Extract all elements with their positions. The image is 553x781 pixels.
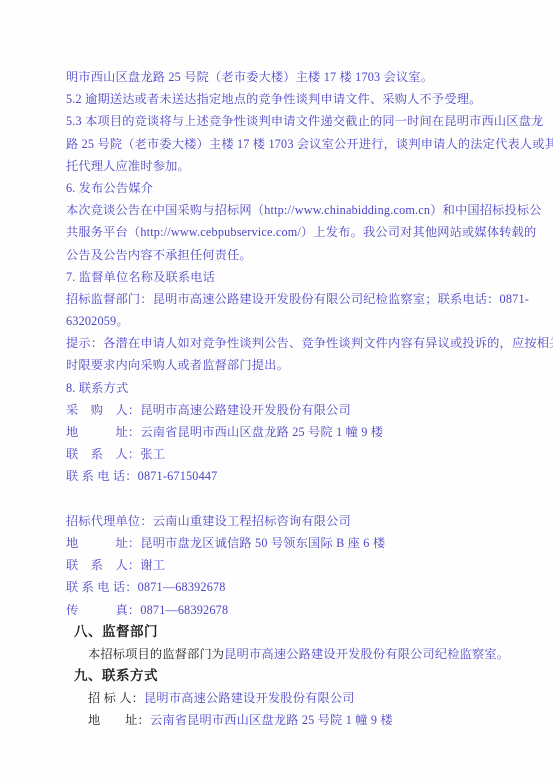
- text-run: 地 址：云南省昆明市西山区盘龙路 25 号院 1 幢 9 楼: [66, 425, 383, 439]
- text-line: 本招标项目的监督部门为昆明市高速公路建设开发股份有限公司纪检监察室。: [88, 643, 513, 665]
- text-line: 联 系 人：张工: [66, 443, 513, 465]
- text-run: 5.2 逾期送达或者未送达指定地点的竞争性谈判申请文件、采购人不予受理。: [66, 92, 481, 106]
- section-heading: 八、监督部门: [74, 621, 513, 643]
- text-run: 联 系 人：张工: [66, 447, 165, 461]
- text-run: 公告及公告内容不承担任何责任。: [66, 248, 252, 262]
- text-run: 传 真：0871—68392678: [66, 603, 228, 617]
- text-line: 5.3 本项目的竞谈将与上述竞争性谈判申请文件递交截止的同一时间在昆明市西山区盘…: [66, 110, 513, 132]
- text-run: 63202059。: [66, 314, 129, 328]
- text-run: 云南省昆明市西山区盘龙路 25 号院 1 幢 9 楼: [150, 713, 393, 727]
- text-line: 63202059。: [66, 310, 513, 332]
- blank-line: [66, 488, 513, 510]
- text-line: 地 址：云南省昆明市西山区盘龙路 25 号院 1 幢 9 楼: [66, 421, 513, 443]
- text-run: 招标代理单位：云南山重建设工程招标咨询有限公司: [66, 514, 351, 528]
- text-line: 6. 发布公告媒介: [66, 177, 513, 199]
- text-line: 5.2 逾期送达或者未送达指定地点的竞争性谈判申请文件、采购人不予受理。: [66, 88, 513, 110]
- text-run: 招 标 人：: [88, 691, 144, 705]
- text-line: 公告及公告内容不承担任何责任。: [66, 244, 513, 266]
- text-line: 采 购 人：昆明市高速公路建设开发股份有限公司: [66, 399, 513, 421]
- text-line: 7. 监督单位名称及联系电话: [66, 266, 513, 288]
- text-run: 本次竞谈公告在中国采购与招标网（http://www.chinabidding.…: [66, 203, 542, 217]
- text-line: 路 25 号院（老市委大楼）主楼 17 楼 1703 会议室公开进行，谈判申请人…: [66, 133, 513, 155]
- text-run: 地 址：: [88, 713, 150, 727]
- document-lines: 明市西山区盘龙路 25 号院（老市委大楼）主楼 17 楼 1703 会议室。5.…: [66, 66, 513, 732]
- text-line: 8. 联系方式: [66, 377, 513, 399]
- text-run: 共服务平台（http://www.cebpubservice.com/）上发布。…: [66, 225, 536, 239]
- text-run: 7. 监督单位名称及联系电话: [66, 270, 215, 284]
- text-run: 6. 发布公告媒介: [66, 181, 153, 195]
- text-run: 采 购 人：昆明市高速公路建设开发股份有限公司: [66, 403, 351, 417]
- text-line: 地 址：昆明市盘龙区诚信路 50 号领东国际 B 座 6 楼: [66, 532, 513, 554]
- text-line: 托代理人应准时参加。: [66, 155, 513, 177]
- text-line: 联 系 电 话：0871—68392678: [66, 576, 513, 598]
- text-run: 5.3 本项目的竞谈将与上述竞争性谈判申请文件递交截止的同一时间在昆明市西山区盘…: [66, 114, 543, 128]
- text-line: 联 系 电 话：0871-67150447: [66, 465, 513, 487]
- text-run: 八、监督部门: [74, 624, 158, 639]
- text-run: 昆明市高速公路建设开发股份有限公司: [144, 691, 355, 705]
- text-run: 明市西山区盘龙路 25 号院（老市委大楼）主楼 17 楼 1703 会议室。: [66, 70, 433, 84]
- text-line: 联 系 人：谢工: [66, 554, 513, 576]
- text-line: 传 真：0871—68392678: [66, 599, 513, 621]
- text-run: 联 系 电 话：0871—68392678: [66, 580, 226, 594]
- text-line: 时限要求内向采购人或者监督部门提出。: [66, 354, 513, 376]
- text-run: 地 址：昆明市盘龙区诚信路 50 号领东国际 B 座 6 楼: [66, 536, 385, 550]
- text-run: 提示：各潜在申请人如对竞争性谈判公告、竞争性谈判文件内容有异议或投诉的，应按相关: [66, 336, 553, 350]
- text-line: 招 标 人：昆明市高速公路建设开发股份有限公司: [88, 687, 513, 709]
- text-run: 招标监督部门：昆明市高速公路建设开发股份有限公司纪检监察室；联系电话：0871-: [66, 292, 529, 306]
- section-heading: 九、联系方式: [74, 665, 513, 687]
- text-line: 提示：各潜在申请人如对竞争性谈判公告、竞争性谈判文件内容有异议或投诉的，应按相关: [66, 332, 513, 354]
- text-run: 时限要求内向采购人或者监督部门提出。: [66, 358, 289, 372]
- text-line: 地 址：云南省昆明市西山区盘龙路 25 号院 1 幢 9 楼: [88, 709, 513, 731]
- text-line: 招标代理单位：云南山重建设工程招标咨询有限公司: [66, 510, 513, 532]
- document-page: 明市西山区盘龙路 25 号院（老市委大楼）主楼 17 楼 1703 会议室。5.…: [0, 0, 553, 781]
- text-run: 联 系 电 话：0871-67150447: [66, 469, 217, 483]
- text-line: 本次竞谈公告在中国采购与招标网（http://www.chinabidding.…: [66, 199, 513, 221]
- text-run: 路 25 号院（老市委大楼）主楼 17 楼 1703 会议室公开进行，谈判申请人…: [66, 137, 553, 151]
- text-run: 昆明市高速公路建设开发股份有限公司纪检监察室。: [224, 647, 509, 661]
- text-line: 招标监督部门：昆明市高速公路建设开发股份有限公司纪检监察室；联系电话：0871-: [66, 288, 513, 310]
- text-run: 8. 联系方式: [66, 381, 128, 395]
- text-run: 联 系 人：谢工: [66, 558, 165, 572]
- text-run: 九、联系方式: [74, 668, 158, 683]
- text-line: 明市西山区盘龙路 25 号院（老市委大楼）主楼 17 楼 1703 会议室。: [66, 66, 513, 88]
- text-run: 本招标项目的监督部门为: [88, 647, 224, 661]
- text-line: 共服务平台（http://www.cebpubservice.com/）上发布。…: [66, 221, 513, 243]
- text-run: 托代理人应准时参加。: [66, 159, 190, 173]
